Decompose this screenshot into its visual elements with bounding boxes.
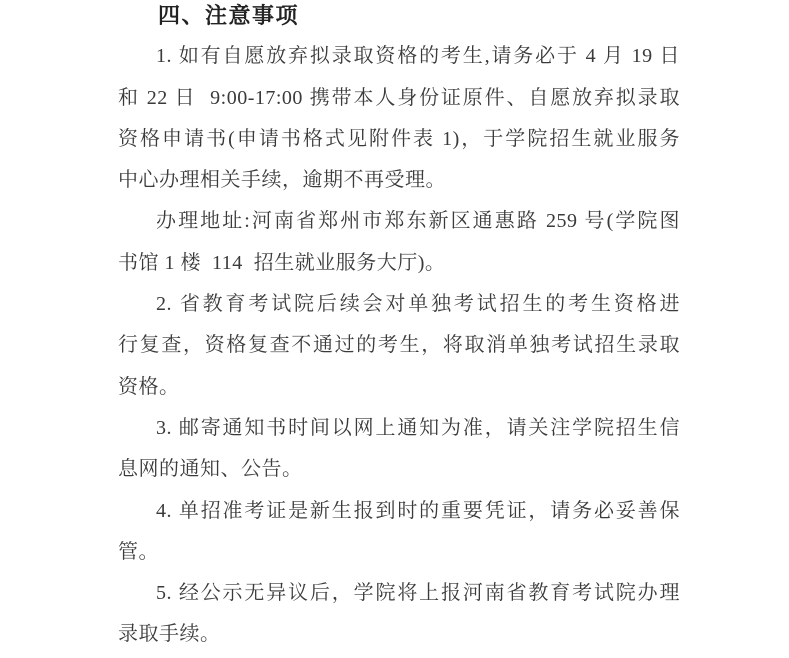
text-line-item1-l3: 资格申请书(申请书格式见附件表 1)，于学院招生就业服务 — [118, 119, 680, 160]
section-heading: 四、注意事项 — [118, 0, 680, 36]
text-line-item3-l2: 息网的通知、公告。 — [118, 449, 680, 490]
text-line-item4-l1: 4. 单招准考证是新生报到时的重要凭证，请务必妥善保 — [118, 491, 680, 532]
document-body: 四、注意事项 1. 如有自愿放弃拟录取资格的考生,请务必于 4 月 19 日 和… — [118, 0, 680, 656]
text-line-address-l2: 书馆 1 楼 114 招生就业服务大厅)。 — [118, 243, 680, 284]
text-line-item4-l2: 管。 — [118, 532, 680, 573]
text-line-item2-l1: 2. 省教育考试院后续会对单独考试招生的考生资格进 — [118, 284, 680, 325]
text-line-item5-l1: 5. 经公示无异议后，学院将上报河南省教育考试院办理 — [118, 573, 680, 614]
text-line-item2-l2: 行复查，资格复查不通过的考生，将取消单独考试招生录取 — [118, 325, 680, 366]
document-page: 四、注意事项 1. 如有自愿放弃拟录取资格的考生,请务必于 4 月 19 日 和… — [0, 0, 789, 658]
text-line-item3-l1: 3. 邮寄通知书时间以网上通知为准，请关注学院招生信 — [118, 408, 680, 449]
text-line-item1-l4: 中心办理相关手续，逾期不再受理。 — [118, 160, 680, 201]
text-line-item5-l2: 录取手续。 — [118, 614, 680, 655]
text-line-item1-l1: 1. 如有自愿放弃拟录取资格的考生,请务必于 4 月 19 日 — [118, 36, 680, 77]
text-line-item1-l2: 和 22 日 9:00-17:00 携带本人身份证原件、自愿放弃拟录取 — [118, 78, 680, 119]
text-line-item2-l3: 资格。 — [118, 367, 680, 408]
text-line-address-l1: 办理地址:河南省郑州市郑东新区通惠路 259 号(学院图 — [118, 201, 680, 242]
